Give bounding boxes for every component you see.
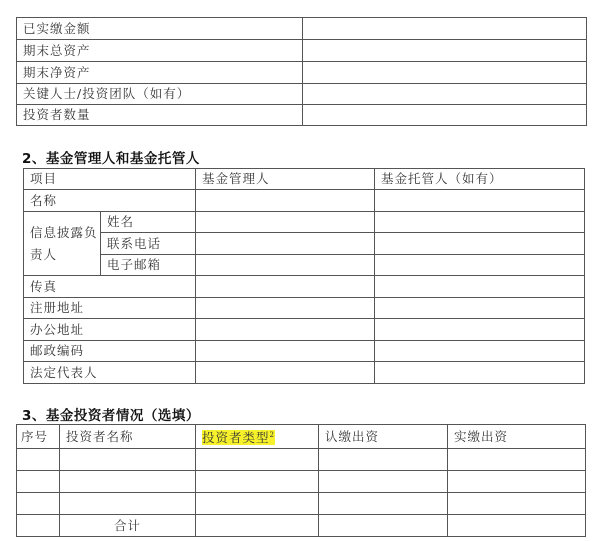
cell[interactable]: [448, 471, 586, 493]
manager-cell[interactable]: [196, 190, 375, 212]
disclosure-officer-label: 信息披露负责人: [24, 212, 101, 276]
sub-label: 姓名: [101, 212, 196, 233]
row-label: 关键人士/投资团队（如有）: [17, 84, 303, 105]
custodian-cell[interactable]: [375, 190, 585, 212]
cell[interactable]: [448, 515, 586, 537]
total-label: 合计: [60, 515, 196, 537]
manager-cell[interactable]: [196, 362, 375, 384]
custodian-cell[interactable]: [375, 362, 585, 384]
table-row: [17, 449, 586, 471]
header-custodian: 基金托管人（如有）: [375, 169, 585, 190]
cell[interactable]: [448, 493, 586, 515]
cell[interactable]: [17, 449, 60, 471]
investor-table: 序号 投资者名称 投资者类型2 认缴出资 实缴出资 合计: [16, 424, 586, 537]
manager-cell[interactable]: [196, 233, 375, 255]
section-3-title: 3、基金投资者情况（选填）: [22, 404, 200, 424]
row-label: 投资者数量: [17, 105, 303, 126]
value-cell[interactable]: [303, 84, 587, 105]
cell[interactable]: [196, 493, 319, 515]
row-label: 期末净资产: [17, 62, 303, 84]
custodian-cell[interactable]: [375, 341, 585, 362]
custodian-cell[interactable]: [375, 233, 585, 255]
value-cell[interactable]: [303, 105, 587, 126]
row-label-name: 名称: [24, 190, 196, 212]
header-paid-in: 实缴出资: [448, 425, 586, 449]
manager-cell[interactable]: [196, 276, 375, 298]
cell[interactable]: [319, 515, 448, 537]
header-investor-name: 投资者名称: [60, 425, 196, 449]
cell[interactable]: [17, 493, 60, 515]
manager-cell[interactable]: [196, 298, 375, 319]
value-cell[interactable]: [303, 18, 587, 40]
cell[interactable]: [196, 449, 319, 471]
row-label: 办公地址: [24, 319, 196, 341]
custodian-cell[interactable]: [375, 255, 585, 276]
header-manager: 基金管理人: [196, 169, 375, 190]
cell[interactable]: [319, 493, 448, 515]
row-label: 邮政编码: [24, 341, 196, 362]
cell[interactable]: [319, 449, 448, 471]
manager-cell[interactable]: [196, 255, 375, 276]
value-cell[interactable]: [303, 62, 587, 84]
custodian-cell[interactable]: [375, 276, 585, 298]
cell[interactable]: [448, 449, 586, 471]
manager-cell[interactable]: [196, 319, 375, 341]
cell[interactable]: [60, 471, 196, 493]
row-label: 期末总资产: [17, 40, 303, 62]
sub-label: 联系电话: [101, 233, 196, 255]
row-label: 已实缴金额: [17, 18, 303, 40]
table-row: [17, 493, 586, 515]
highlighted-text: 投资者类型2: [202, 430, 275, 445]
fund-summary-table: 已实缴金额 期末总资产 期末净资产 关键人士/投资团队（如有） 投资者数量: [16, 17, 587, 126]
cell[interactable]: [196, 515, 319, 537]
header-item: 项目: [24, 169, 196, 190]
cell[interactable]: [17, 515, 60, 537]
manager-cell[interactable]: [196, 341, 375, 362]
value-cell[interactable]: [303, 40, 587, 62]
row-label: 传真: [24, 276, 196, 298]
table-row: [17, 471, 586, 493]
manager-custodian-table: 项目 基金管理人 基金托管人（如有） 名称 信息披露负责人 姓名 联系电话 电子…: [23, 168, 585, 384]
sub-label: 电子邮箱: [101, 255, 196, 276]
custodian-cell[interactable]: [375, 212, 585, 233]
custodian-cell[interactable]: [375, 319, 585, 341]
header-seq: 序号: [17, 425, 60, 449]
row-label: 注册地址: [24, 298, 196, 319]
header-investor-type: 投资者类型2: [196, 425, 319, 449]
cell[interactable]: [60, 449, 196, 471]
manager-cell[interactable]: [196, 212, 375, 233]
header-subscribed: 认缴出资: [319, 425, 448, 449]
footnote-mark: 2: [270, 431, 275, 439]
cell[interactable]: [60, 493, 196, 515]
cell[interactable]: [196, 471, 319, 493]
cell[interactable]: [17, 471, 60, 493]
total-row: 合计: [17, 515, 586, 537]
custodian-cell[interactable]: [375, 298, 585, 319]
cell[interactable]: [319, 471, 448, 493]
section-2-title: 2、基金管理人和基金托管人: [22, 147, 200, 167]
row-label: 法定代表人: [24, 362, 196, 384]
